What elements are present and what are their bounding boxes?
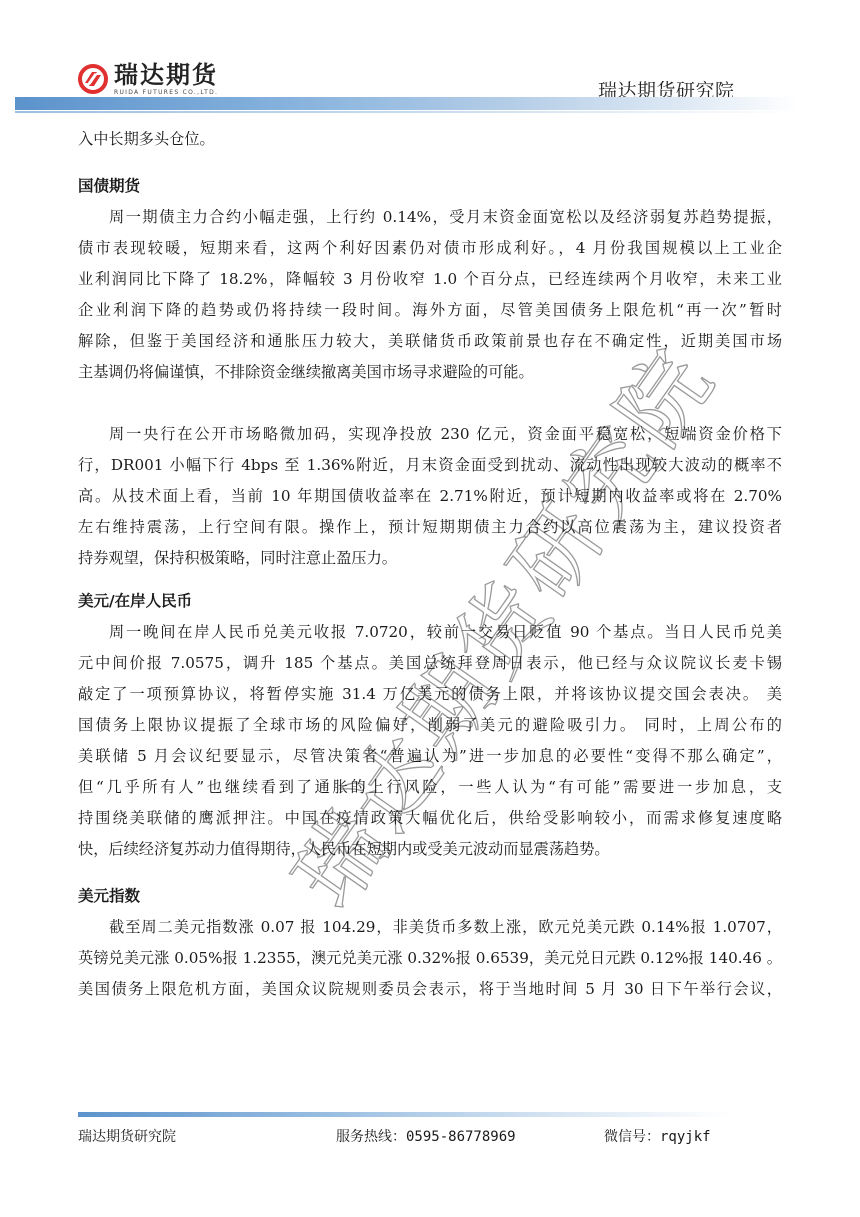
ruida-logo-icon — [78, 64, 108, 94]
section-heading-treasury-futures: 国债期货 — [78, 171, 782, 202]
text-line: 持券观望，保持积极策略，同时注意止盈压力。 — [78, 543, 782, 574]
text-line: 债市表现较暖，短期来看，这两个利好因素仍对债市形成利好。，4 月份我国规模以上工… — [78, 233, 782, 264]
text-line: 周一期债主力合约小幅走强，上行约 0.14%，受月末资金面宽松以及经济弱复苏趋势… — [78, 202, 782, 233]
text-line: 周一晚间在岸人民币兑美元收报 7.0720，较前一交易日贬值 90 个基点。当日… — [78, 617, 782, 648]
logo-chinese-name: 瑞达期货 — [114, 62, 218, 89]
text-line: 美国债务上限危机方面，美国众议院规则委员会表示，将于当地时间 5 月 30 日下… — [78, 974, 782, 1005]
text-line: 业利润同比下降了 18.2%，降幅较 3 月份收窄 1.0 个百分点，已经连续两… — [78, 264, 782, 295]
footer-hotline: 服务热线：0595-86778969 — [336, 1126, 516, 1146]
footer-wechat: 微信号：rqyjkf — [604, 1126, 711, 1146]
text-line: 主基调仍将偏谨慎，不排除资金继续撤离美国市场寻求避险的可能。 — [78, 357, 782, 388]
text-line: 国债务上限协议提振了全球市场的风险偏好，削弱了美元的避险吸引力。 同时，上周公布… — [78, 710, 782, 741]
text-line: 美联储 5 月会议纪要显示，尽管决策者“普遍认为”进一步加息的必要性“变得不那么… — [78, 741, 782, 772]
footer-org: 瑞达期货研究院 — [78, 1126, 176, 1146]
text-line: 左右维持震荡，上行空间有限。操作上，预计短期期债主力合约以高位震荡为主，建议投资… — [78, 512, 782, 543]
text-line: 行，DR001 小幅下行 4bps 至 1.36%附近，月末资金面受到扰动、流动… — [78, 450, 782, 481]
text-line: 持围绕美联储的鹰派押注。中国在疫情政策大幅优化后，供给受影响较小，而需求修复速度… — [78, 803, 782, 834]
header-divider-line — [15, 111, 797, 113]
footer-divider — [78, 1112, 730, 1117]
text-line: 元中间价报 7.0575，调升 185 个基点。美国总统拜登周日表示，他已经与众… — [78, 648, 782, 679]
paragraph-treasury-2: 周一央行在公开市场略微加码，实现净投放 230 亿元，资金面平稳宽松，短端资金价… — [78, 419, 782, 574]
document-body: 入中长期多头仓位。 国债期货 周一期债主力合约小幅走强，上行约 0.14%，受月… — [78, 124, 782, 1005]
header-divider — [15, 97, 797, 110]
text-line: 周一央行在公开市场略微加码，实现净投放 230 亿元，资金面平稳宽松，短端资金价… — [78, 419, 782, 450]
text-line: 截至周二美元指数涨 0.07 报 104.29，非美货币多数上涨，欧元兑美元跌 … — [78, 912, 782, 943]
logo-english-name: RUIDA FUTURES CO.,LTD. — [114, 89, 218, 97]
paragraph-dollar-index: 截至周二美元指数涨 0.07 报 104.29，非美货币多数上涨，欧元兑美元跌 … — [78, 912, 782, 1005]
text-line: 解除，但鉴于美国经济和通胀压力较大，美联储货币政策前景也存在不确定性，近期美国市… — [78, 326, 782, 357]
text-line: 高。从技术面上看，当前 10 年期国债收益率在 2.71%附近，预计短期内收益率… — [78, 481, 782, 512]
section-heading-dollar-index: 美元指数 — [78, 881, 782, 912]
paragraph-usd-cny: 周一晚间在岸人民币兑美元收报 7.0720，较前一交易日贬值 90 个基点。当日… — [78, 617, 782, 865]
company-logo: 瑞达期货 RUIDA FUTURES CO.,LTD. — [78, 62, 218, 100]
text-line: 敲定了一项预算协议，将暂停实施 31.4 万亿美元的债务上限，并将该协议提交国会… — [78, 679, 782, 710]
text-line: 快，后续经济复苏动力值得期待，人民币在短期内或受美元波动而显震荡趋势。 — [78, 834, 782, 865]
section-heading-usd-cny: 美元/在岸人民币 — [78, 586, 782, 617]
paragraph-treasury-1: 周一期债主力合约小幅走强，上行约 0.14%，受月末资金面宽松以及经济弱复苏趋势… — [78, 202, 782, 388]
text-line: 但“几乎所有人”也继续看到了通胀的上行风险，一些人认为“有可能”需要进一步加息，… — [78, 772, 782, 803]
text-line: 英镑兑美元涨 0.05%报 1.2355，澳元兑美元涨 0.32%报 0.653… — [78, 943, 782, 974]
continuation-line: 入中长期多头仓位。 — [78, 124, 782, 155]
text-line: 企业利润下降的趋势或仍将持续一段时间。海外方面，尽管美国债务上限危机“再一次”暂… — [78, 295, 782, 326]
